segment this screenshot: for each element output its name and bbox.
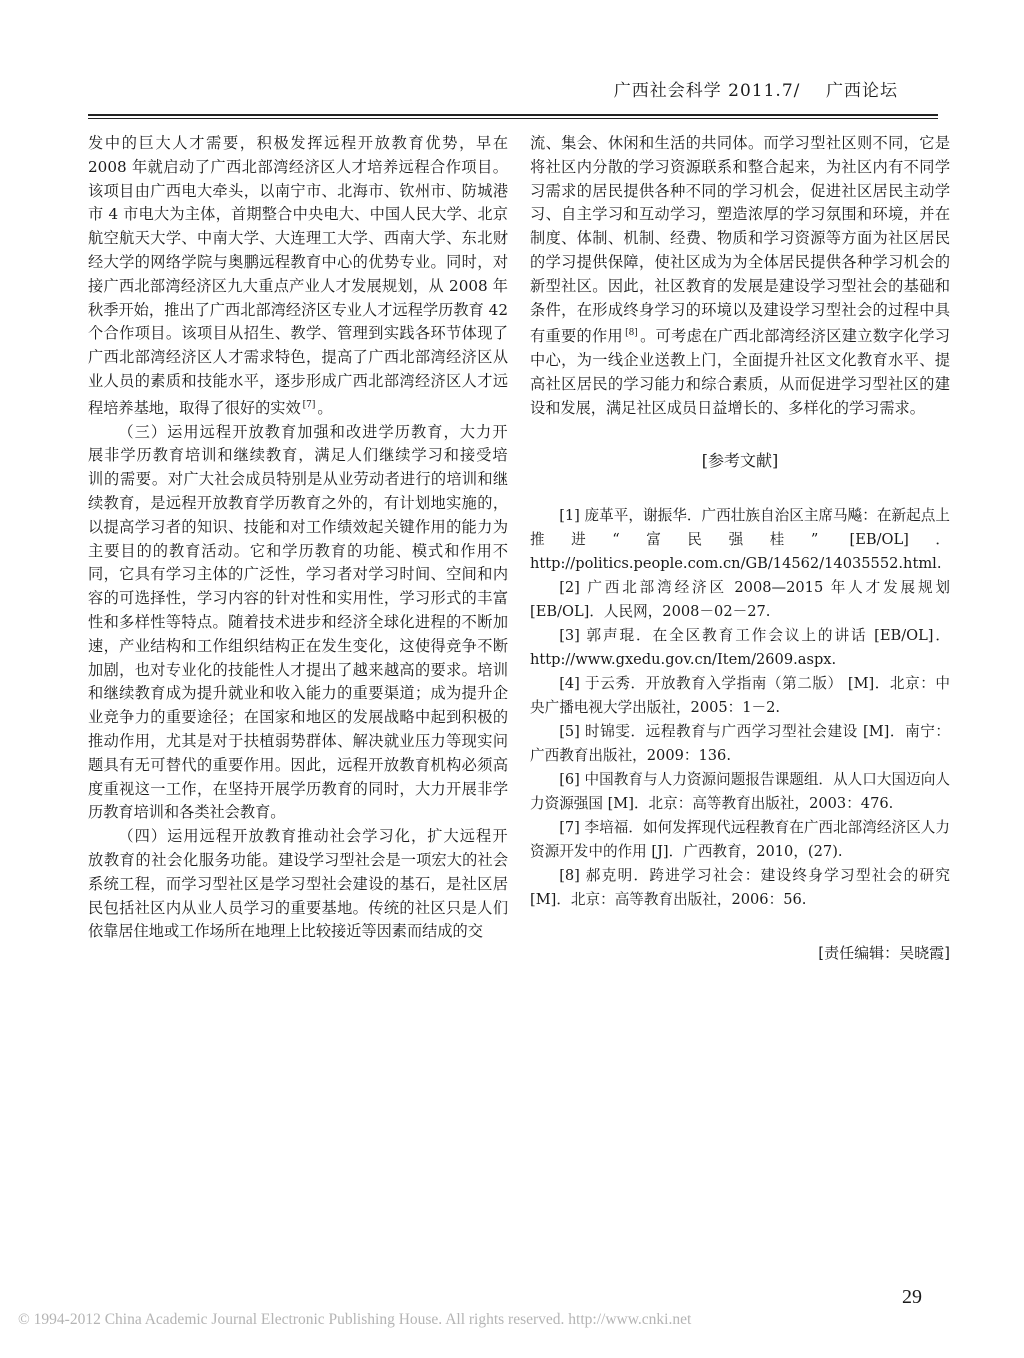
paragraph: 发中的巨大人才需要，积极发挥远程开放教育优势，早在 2008 年就启动了广西北部… — [88, 132, 508, 421]
paragraph: （四）运用远程开放教育推动社会学习化，扩大远程开放教育的社会化服务功能。建设学习… — [88, 825, 508, 944]
right-column: 流、集会、休闲和生活的共同体。而学习型社区则不同，它是将社区内分散的学习资源联系… — [530, 132, 950, 966]
reference-item: [4] 于云秀．开放教育入学指南（第二版） [M]．北京：中央广播电视大学出版社… — [530, 672, 950, 720]
paragraph: 流、集会、休闲和生活的共同体。而学习型社区则不同，它是将社区内分散的学习资源联系… — [530, 132, 950, 421]
page-number: 29 — [902, 1286, 922, 1309]
reference-list: [1] 庞革平，谢振华．广西壮族自治区主席马飚：在新起点上推进“富民强桂” [E… — [530, 504, 950, 912]
header-rule — [88, 114, 938, 119]
citation-marker: [7] — [303, 400, 316, 410]
reference-item: [5] 时锦雯．远程教育与广西学习型社会建设 [M]．南宁：广西教育出版社，20… — [530, 720, 950, 768]
references-title: [参考文献] — [530, 449, 950, 473]
journal-issue: 广西社会科学 2011.7/ — [614, 81, 801, 101]
running-header: 广西社会科学 2011.7/ 广西论坛 — [88, 74, 938, 114]
reference-item: [8] 郝克明．跨进学习社会：建设终身学习型社会的研究 [M]．北京：高等教育出… — [530, 864, 950, 912]
reference-item: [7] 李培福．如何发挥现代远程教育在广西北部湾经济区人力资源开发中的作用 [J… — [530, 816, 950, 864]
reference-item: [3] 郭声琨．在全区教育工作会议上的讲话 [EB/OL]．http://www… — [530, 624, 950, 672]
reference-item: [1] 庞革平，谢振华．广西壮族自治区主席马飚：在新起点上推进“富民强桂” [E… — [530, 504, 950, 576]
header-title: 广西社会科学 2011.7/ 广西论坛 — [614, 76, 898, 101]
section-name: 广西论坛 — [826, 81, 898, 101]
left-column: 发中的巨大人才需要，积极发挥远程开放教育优势，早在 2008 年就启动了广西北部… — [88, 132, 508, 944]
paragraph: （三）运用远程开放教育加强和改进学历教育，大力开展非学历教育培训和继续教育，满足… — [88, 421, 508, 826]
responsible-editor: [责任编辑：吴晓霞] — [530, 942, 950, 966]
citation-marker: [8] — [625, 328, 638, 338]
reference-item: [2] 广西北部湾经济区 2008—2015 年人才发展规划 [EB/OL]．人… — [530, 576, 950, 624]
reference-item: [6] 中国教育与人力资源问题报告课题组．从人口大国迈向人力资源强国 [M]．北… — [530, 768, 950, 816]
copyright-notice: © 1994-2012 China Academic Journal Elect… — [18, 1311, 691, 1329]
